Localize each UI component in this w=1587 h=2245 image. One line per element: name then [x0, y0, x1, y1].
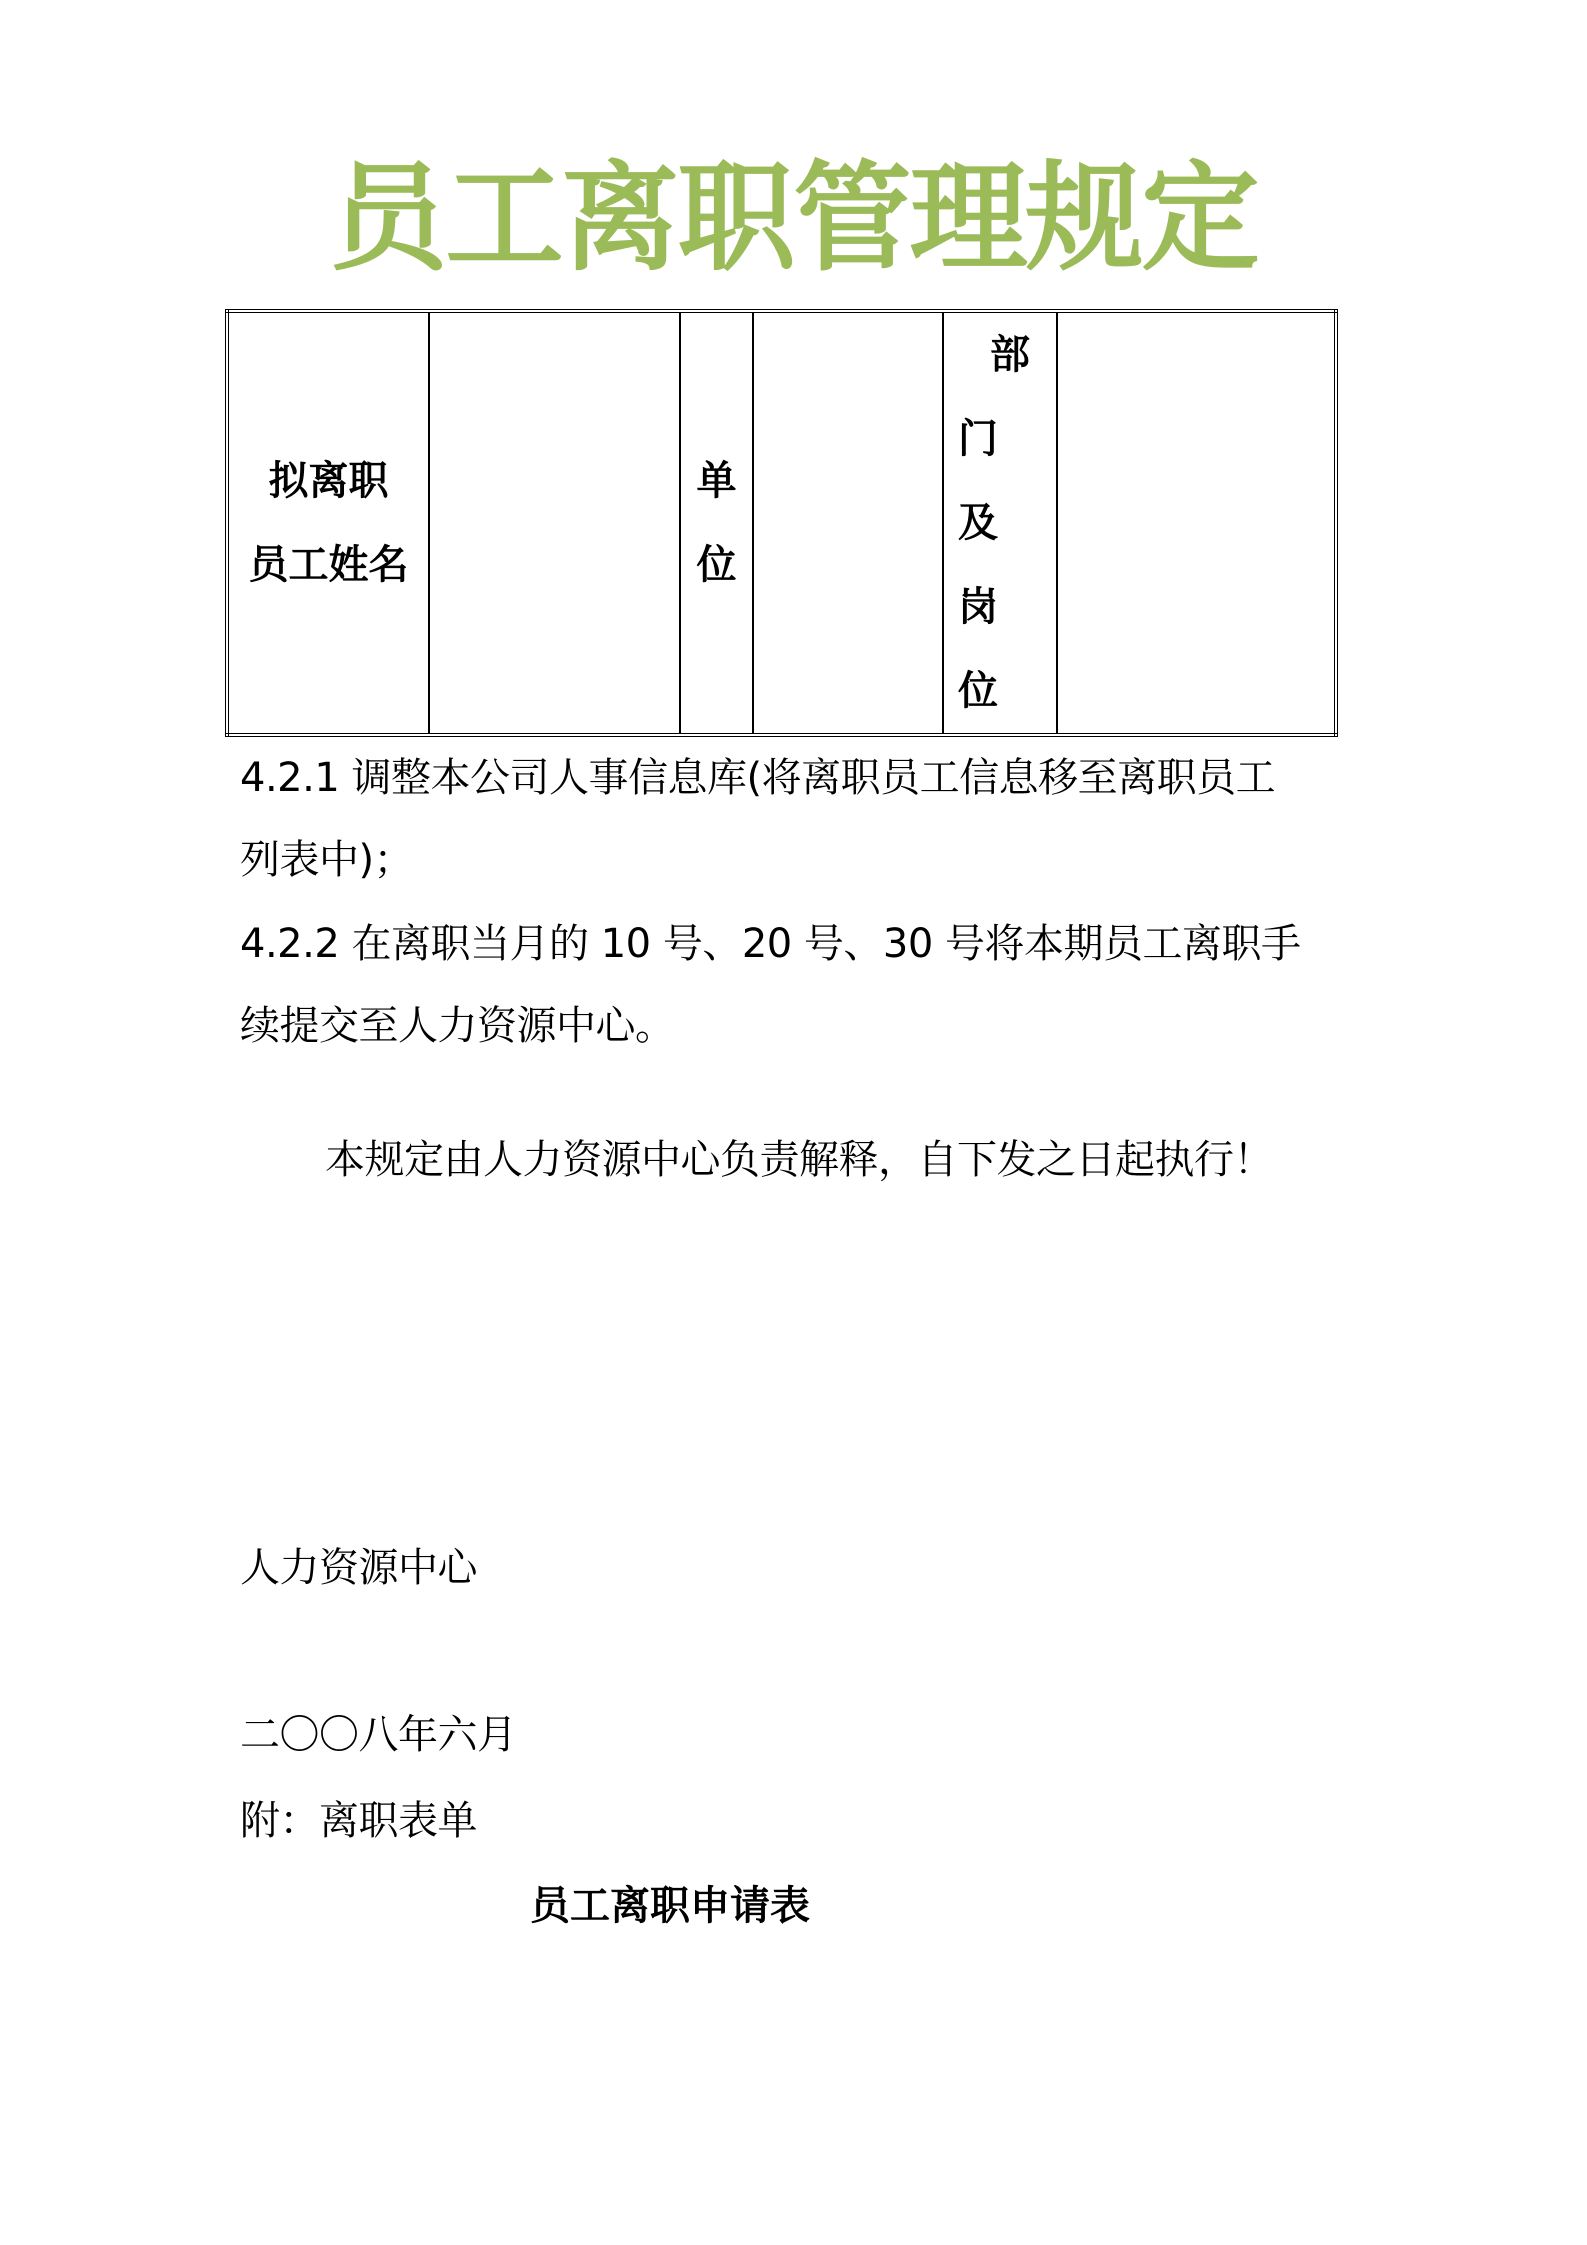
employee-name-field[interactable]	[429, 311, 680, 735]
clause-4-2-1: 4.2.1 调整本公司人事信息库(将离职员工信息移至离职员工 列表中)；	[240, 737, 1360, 901]
document-page: 员工离职管理规定 拟离职 员工姓名 单 位 部 门 及 岗 位	[0, 0, 1587, 2245]
unit-field[interactable]	[753, 311, 943, 735]
clause-4-2-2: 4.2.2 在离职当月的 10 号、20 号、30 号将本期员工离职手 续提交至…	[240, 903, 1360, 1067]
department-position-field[interactable]	[1057, 311, 1336, 735]
attachment-note: 附：离职表单	[240, 1783, 477, 1859]
label-unit: 单 位	[680, 311, 753, 735]
closing-statement: 本规定由人力资源中心负责解释，自下发之日起执行！	[325, 1122, 1273, 1198]
form-title: 员工离职申请表	[530, 1868, 810, 1944]
label-department-position: 部 门 及 岗 位	[943, 311, 1057, 735]
employee-info-table: 拟离职 员工姓名 单 位 部 门 及 岗 位	[225, 309, 1338, 737]
signature-organization: 人力资源中心	[240, 1530, 477, 1606]
signature-date: 二〇〇八年六月	[240, 1697, 517, 1773]
document-title: 员工离职管理规定	[0, 148, 1587, 288]
label-employee-name: 拟离职 员工姓名	[227, 311, 429, 735]
